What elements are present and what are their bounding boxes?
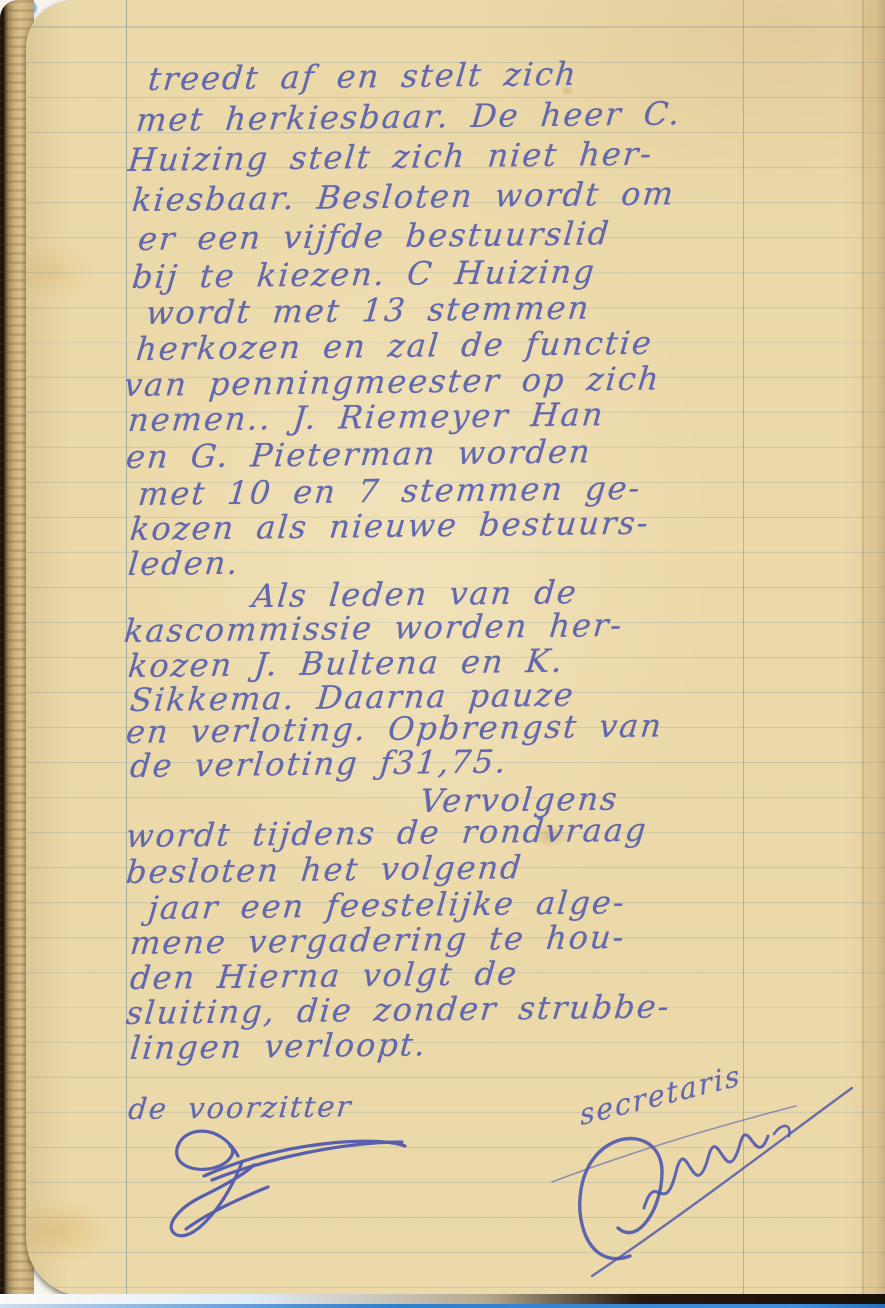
notebook-page: treedt af en stelt zich met herkiesbaar.… bbox=[26, 0, 885, 1296]
handwriting-line: wordt tijdens de rondvraag bbox=[124, 811, 649, 855]
secretary-signature bbox=[546, 1072, 876, 1287]
handwriting-line: lingen verloopt. bbox=[128, 1025, 428, 1067]
handwriting-line: met herkiesbaar. De heer C. bbox=[134, 94, 683, 139]
scanner-bed-strip bbox=[0, 1294, 885, 1308]
handwriting-line: de verloting ƒ31,75. bbox=[128, 742, 509, 785]
handwriting-line: kiesbaar. Besloten wordt om bbox=[130, 174, 676, 219]
handwriting-line: treedt af en stelt zich bbox=[146, 55, 579, 98]
handwriting-line: kozen als nieuwe bestuurs- bbox=[128, 504, 651, 548]
handwriting-line: er een vijfde bestuurslid bbox=[136, 214, 612, 258]
chairman-signature bbox=[146, 1112, 426, 1262]
handwriting-line: leden. bbox=[126, 544, 241, 583]
handwriting-line: Huizing stelt zich niet her- bbox=[126, 135, 654, 179]
